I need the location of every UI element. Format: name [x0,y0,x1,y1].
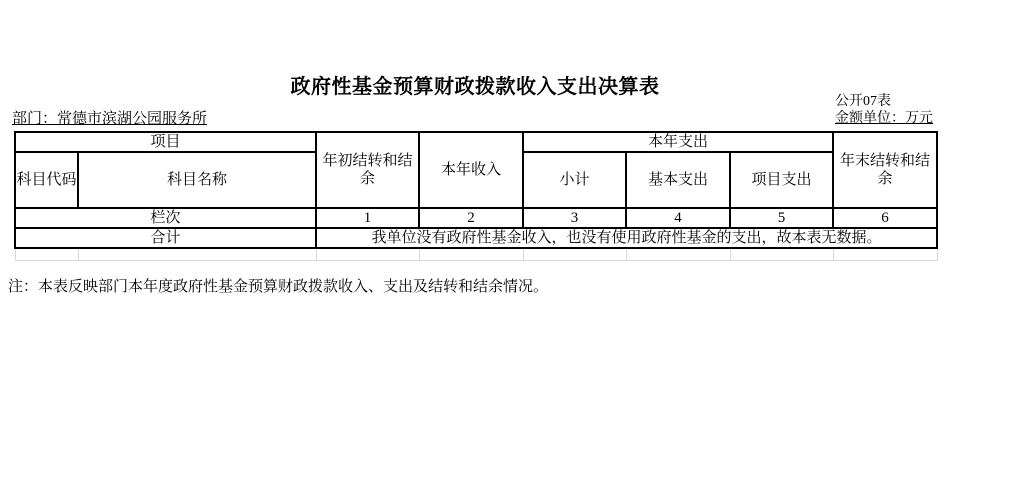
column-index-cell: 3 [523,208,626,228]
header-subject-name: 科目名称 [78,152,316,208]
header-project-group: 项目 [15,132,316,152]
table-code-label: 公开07表 [835,93,933,110]
header-subtotal: 小计 [523,152,626,208]
empty-cell [626,248,730,260]
header-year-end-balance: 年末结转和结余 [833,132,937,208]
empty-cell [833,248,937,260]
department-label: 部门：常德市滨湖公园服务所 [12,107,207,128]
column-index-cell: 5 [730,208,833,228]
amount-unit-label: 金额单位：万元 [835,110,933,127]
header-group-row: 项目 年初结转和结余 本年收入 本年支出 年末结转和结余 [15,132,937,152]
column-index-cell: 6 [833,208,937,228]
total-no-data-message: 我单位没有政府性基金收入，也没有使用政府性基金的支出，故本表无数据。 [316,228,937,248]
header-expense-group: 本年支出 [523,132,833,152]
table-meta: 公开07表 金额单位：万元 [835,93,933,127]
empty-cell [419,248,523,260]
fund-budget-table: 项目 年初结转和结余 本年收入 本年支出 年末结转和结余 科目代码 科目名称 小… [14,131,938,261]
header-basic-expense: 基本支出 [626,152,730,208]
column-index-cell: 4 [626,208,730,228]
empty-cell [15,248,78,260]
header-current-year-income: 本年收入 [419,132,523,208]
empty-grid-row [15,248,937,260]
header-subject-code: 科目代码 [15,152,78,208]
empty-cell [523,248,626,260]
header-beginning-balance: 年初结转和结余 [316,132,419,208]
column-index-cell: 1 [316,208,419,228]
footnote: 注：本表反映部门本年度政府性基金预算财政拨款收入、支出及结转和结余情况。 [8,275,548,296]
header-project-expense: 项目支出 [730,152,833,208]
column-index-row: 栏次 1 2 3 4 5 6 [15,208,937,228]
document-page: 政府性基金预算财政拨款收入支出决算表 公开07表 金额单位：万元 部门：常德市滨… [0,0,1011,495]
total-row: 合计 我单位没有政府性基金收入，也没有使用政府性基金的支出，故本表无数据。 [15,228,937,248]
empty-cell [78,248,316,260]
page-title: 政府性基金预算财政拨款收入支出决算表 [0,70,950,99]
column-index-label: 栏次 [15,208,316,228]
empty-cell [316,248,419,260]
column-index-cell: 2 [419,208,523,228]
empty-cell [730,248,833,260]
total-label: 合计 [15,228,316,248]
